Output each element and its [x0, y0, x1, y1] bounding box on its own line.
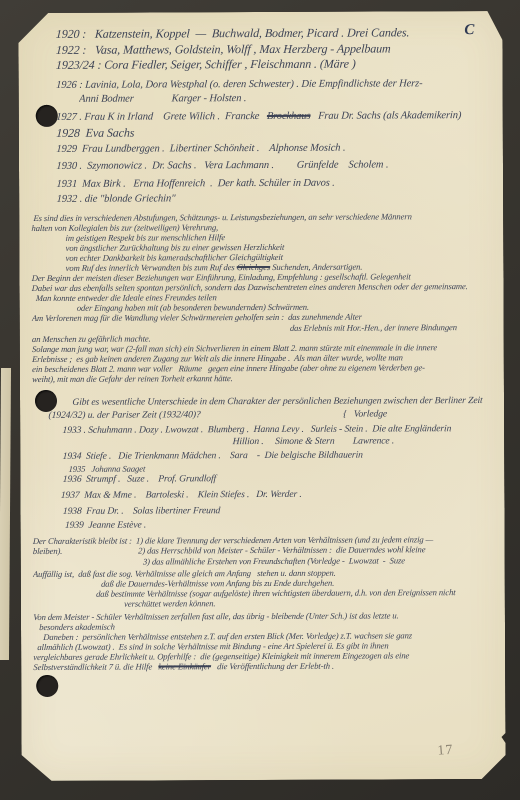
manuscript-line: weiht), mit man die Gefahr der reinen To…: [32, 372, 498, 384]
manuscript-line: 1920 : Katzenstein, Koppel — Buchwald, B…: [55, 25, 497, 42]
manuscript-line: 1938 Frau Dr. . Solas libertiner Freund: [63, 504, 500, 519]
handwritten-text-block: 1920 : Katzenstein, Koppel — Buchwald, B…: [18, 11, 505, 781]
struck-word: Gleichges: [236, 262, 270, 272]
page-number: 17: [437, 743, 454, 760]
manuscript-line: 1936 Strumpf . Suze . Prof. Grundloff: [62, 472, 499, 487]
manuscript-line: verschüttet werden können.: [124, 597, 499, 609]
manuscript-line: 1932 . die "blonde Griechin": [56, 191, 498, 207]
manuscript-line: 1923/24 : Cora Fiedler, Seiger, Schiffer…: [56, 56, 498, 73]
manuscript-line: 1929 Frau Lundberggen . Libertiner Schön…: [56, 140, 498, 156]
manuscript-line: Selbstverständlichkeit 7 ü. die Hilfe ke…: [33, 660, 499, 672]
manuscript-line: (1924/32) u. der Pariser Zeit (1932/40)?…: [48, 408, 499, 423]
manuscript-line: 1928 Eva Sachs: [56, 124, 498, 141]
struck-word: Brockhaus: [267, 110, 311, 121]
underlying-sheet-edge: [0, 368, 11, 660]
manuscript-paper: C 1920 : Katzenstein, Koppel — Buchwald,…: [18, 11, 505, 781]
struck-word: keine Einkäufer: [158, 662, 211, 672]
manuscript-line: 1927 . Frau K in Irland Grete Wilich . F…: [56, 108, 498, 124]
scanned-page-photo: C 1920 : Katzenstein, Koppel — Buchwald,…: [0, 0, 520, 800]
manuscript-line: 1937 Max & Mme . Bartoleski . Klein Stie…: [60, 488, 499, 503]
manuscript-line: das Erlebnis mit Hor.-Hen., der innere B…: [290, 321, 498, 332]
manuscript-line: 1939 Jeanne Estève .: [65, 518, 500, 533]
manuscript-line: Anni Bodmer Karger - Holsten .: [79, 91, 498, 107]
manuscript-line: 3) das allmähliche Erstehen von Freundsc…: [143, 555, 499, 567]
manuscript-line: 1931 Max Birk . Erna Hoffenreich . Der k…: [56, 175, 498, 191]
manuscript-line: Hillion . Simone & Stern Lawrence .: [232, 435, 499, 449]
manuscript-line: 1930 . Szymonowicz . Dr. Sachs . Vera La…: [56, 158, 498, 174]
